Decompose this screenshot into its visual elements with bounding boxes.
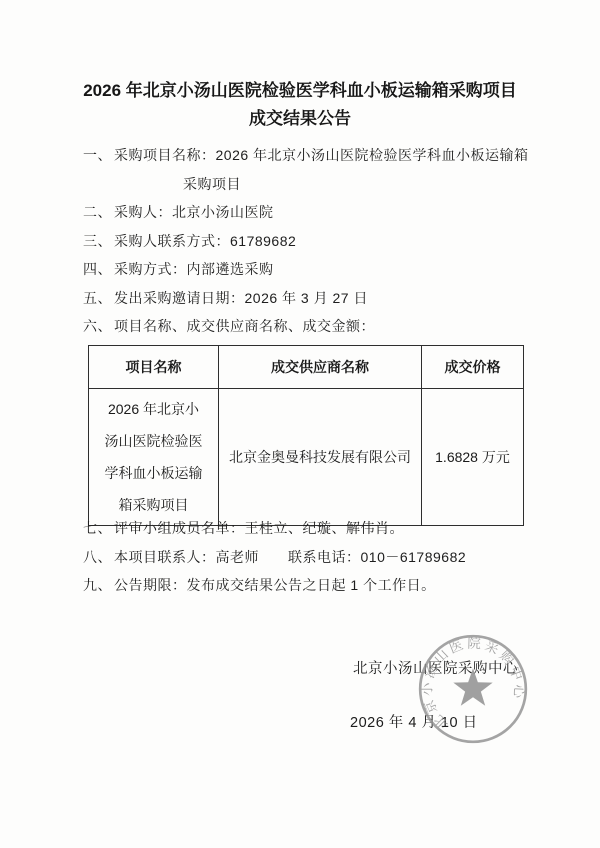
list-item-1: 一、采购项目名称：2026 年北京小汤山医院检验医学科血小板运输箱 采购项目 (83, 141, 535, 198)
table-header-row: 项目名称 成交供应商名称 成交价格 (89, 346, 524, 389)
item-number: 三、 (83, 233, 112, 249)
table-header-supplier-name: 成交供应商名称 (219, 346, 422, 389)
signature-date: 2026 年 4 月 10 日 (350, 711, 478, 732)
list-item-4: 四、采购方式：内部遴选采购 (83, 255, 535, 284)
numbered-list-bottom: 七、评审小组成员名单：王桂立、纪璇、解伟肖。 八、本项目联系人：高老师 联系电话… (83, 514, 535, 600)
page-title-line1: 2026 年北京小汤山医院检验医学科血小板运输箱采购项目 (83, 81, 517, 100)
item-text: 发出采购邀请日期：2026 年 3 月 27 日 (114, 290, 368, 306)
list-item-6: 六、项目名称、成交供应商名称、成交金额： (83, 312, 535, 341)
table-header-deal-price: 成交价格 (422, 346, 524, 389)
list-item-2: 二、采购人：北京小汤山医院 (83, 198, 535, 227)
signature-org: 北京小汤山医院采购中心 (353, 657, 518, 678)
list-item-8: 八、本项目联系人：高老师 联系电话：010－61789682 (83, 543, 535, 572)
result-table: 项目名称 成交供应商名称 成交价格 2026 年北京小汤山医院检验医学科血小板运… (88, 345, 524, 526)
item-text: 采购项目名称：2026 年北京小汤山医院检验医学科血小板运输箱 (114, 147, 529, 163)
item-text: 采购方式：内部遴选采购 (114, 261, 274, 277)
item-number: 九、 (83, 577, 112, 593)
item-number: 二、 (83, 204, 112, 220)
cell-project-name: 2026 年北京小汤山医院检验医学科血小板运输箱采购项目 (89, 389, 219, 526)
table-header-project-name: 项目名称 (89, 346, 219, 389)
item-text: 项目名称、成交供应商名称、成交金额： (114, 318, 375, 334)
list-item-9: 九、公告期限：发布成交结果公告之日起 1 个工作日。 (83, 571, 535, 600)
item-number: 七、 (83, 520, 112, 536)
item-text: 评审小组成员名单：王桂立、纪璇、解伟肖。 (114, 520, 404, 536)
item-number: 一、 (83, 147, 112, 163)
item-number: 五、 (83, 290, 112, 306)
table-row: 2026 年北京小汤山医院检验医学科血小板运输箱采购项目 北京金奥曼科技发展有限… (89, 389, 524, 526)
list-item-3: 三、采购人联系方式：61789682 (83, 227, 535, 256)
list-item-5: 五、发出采购邀请日期：2026 年 3 月 27 日 (83, 284, 535, 313)
item-text: 公告期限：发布成交结果公告之日起 1 个工作日。 (114, 577, 436, 593)
list-item-7: 七、评审小组成员名单：王桂立、纪璇、解伟肖。 (83, 514, 535, 543)
item-continuation: 采购项目 (83, 170, 535, 199)
item-text: 采购人：北京小汤山医院 (114, 204, 274, 220)
cell-supplier-name: 北京金奥曼科技发展有限公司 (219, 389, 422, 526)
page-title-line2: 成交结果公告 (249, 109, 351, 128)
cell-deal-price: 1.6828 万元 (422, 389, 524, 526)
page-title: 2026 年北京小汤山医院检验医学科血小板运输箱采购项目 成交结果公告 (0, 77, 600, 133)
item-number: 四、 (83, 261, 112, 277)
item-text: 本项目联系人：高老师 联系电话：010－61789682 (114, 549, 466, 565)
item-number: 六、 (83, 318, 112, 334)
document-page: 2026 年北京小汤山医院检验医学科血小板运输箱采购项目 成交结果公告 一、采购… (0, 0, 600, 848)
item-number: 八、 (83, 549, 112, 565)
item-text: 采购人联系方式：61789682 (114, 233, 296, 249)
numbered-list-top: 一、采购项目名称：2026 年北京小汤山医院检验医学科血小板运输箱 采购项目 二… (83, 141, 535, 341)
